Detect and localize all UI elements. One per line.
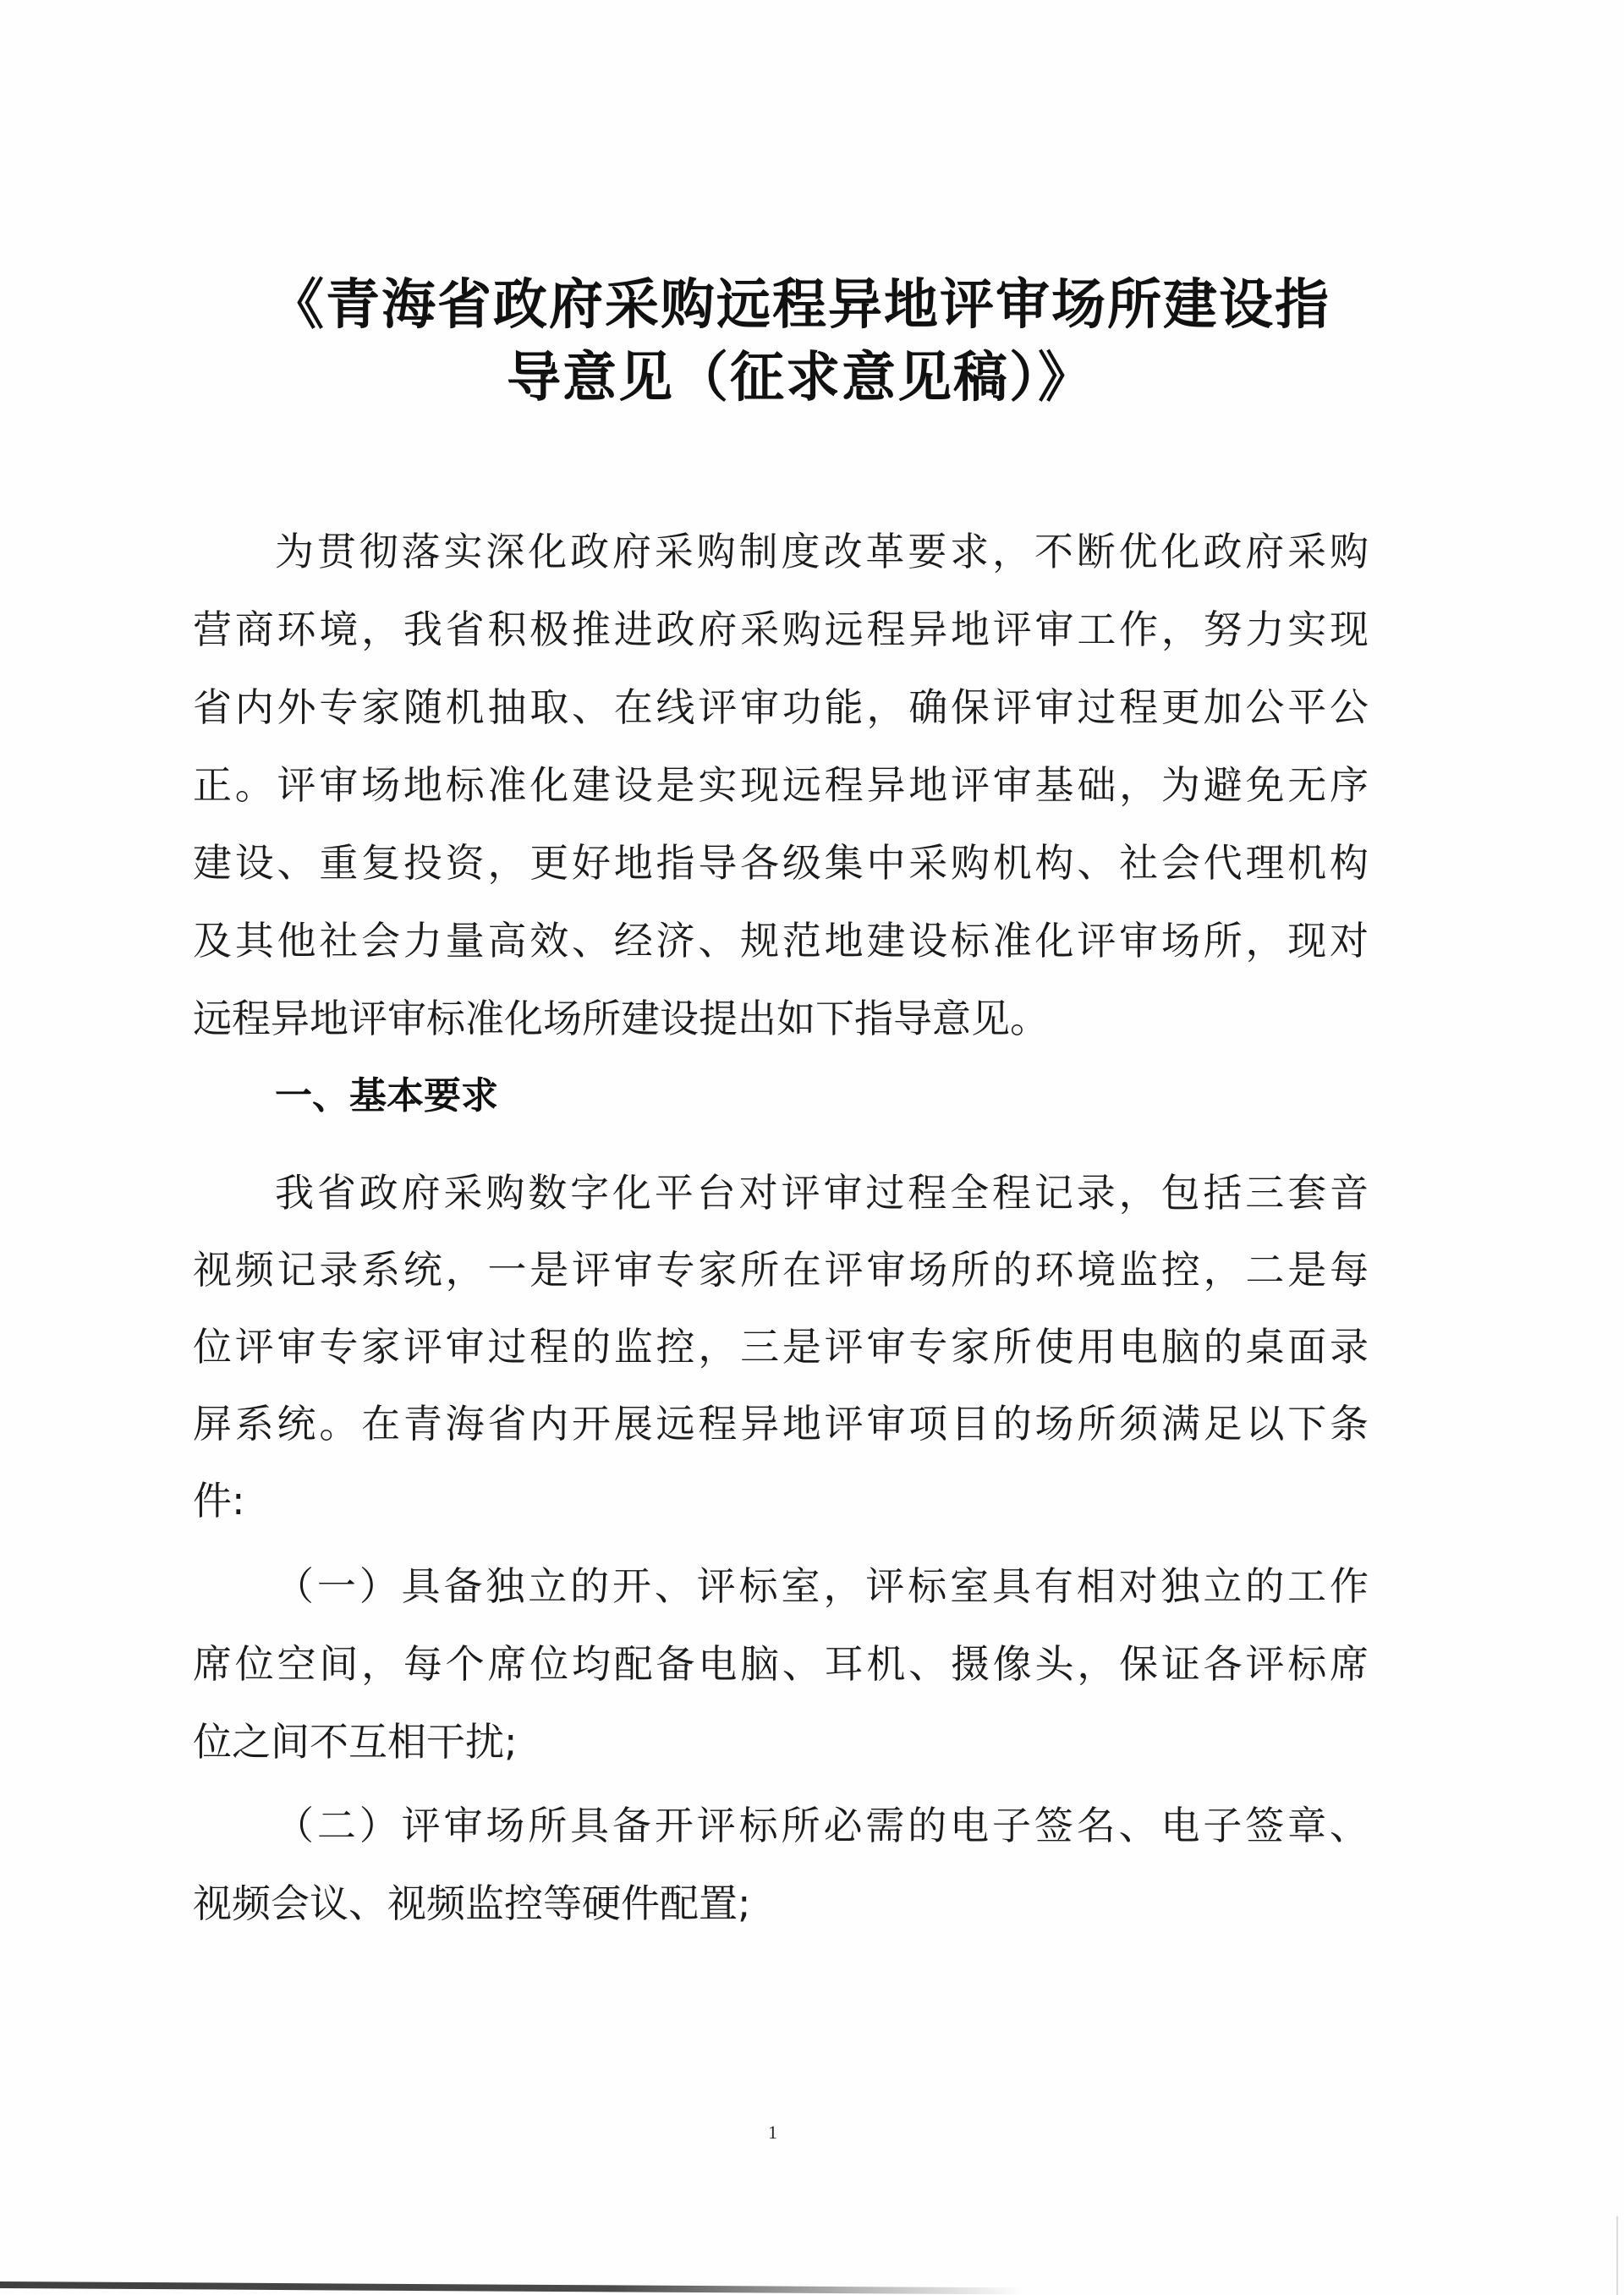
paragraph-line: 及其他社会力量高效、经济、规范地建设标准化评审场所，现对: [193, 915, 1369, 966]
scan-shadow-edge: [0, 2281, 1023, 2294]
paragraph-line: 件:: [193, 1475, 1369, 1526]
paragraph-line: （二）评审场所具备开评标所必需的电子签名、电子签章、: [275, 1800, 1369, 1851]
paragraph-line: 屏系统。在青海省内开展远程异地评审项目的场所须满足以下条: [193, 1398, 1369, 1449]
paragraph-line: 省内外专家随机抽取、在线评审功能，确保评审过程更加公平公: [193, 682, 1369, 733]
paragraph-line: 位之间不互相干扰;: [193, 1716, 1369, 1767]
paragraph-line: （一）具备独立的开、评标室，评标室具有相对独立的工作: [275, 1561, 1369, 1611]
paragraph-line: 我省政府采购数字化平台对评审过程全程记录，包括三套音: [275, 1167, 1369, 1218]
section-heading: 一、基本要求: [275, 1071, 498, 1122]
paragraph-line: 视频会议、视频监控等硬件配置;: [193, 1878, 1369, 1929]
scan-right-edge: [1616, 2216, 1618, 2295]
paragraph-line: 位评审专家评审过程的监控，三是评审专家所使用电脑的桌面录: [193, 1321, 1369, 1372]
paragraph-line: 席位空间，每个席位均配备电脑、耳机、摄像头，保证各评标席: [193, 1639, 1369, 1689]
paragraph-line: 建设、重复投资，更好地指导各级集中采购机构、社会代理机构: [193, 837, 1369, 888]
paragraph-line: 为贯彻落实深化政府采购制度改革要求，不断优化政府采购: [275, 526, 1369, 577]
document-page: 《青海省政府采购远程异地评审场所建设指 导意见（征求意见稿）》 为贯彻落实深化政…: [0, 0, 1624, 2295]
paragraph-line: 视频记录系统，一是评审专家所在评审场所的环境监控，二是每: [193, 1244, 1369, 1295]
paragraph-line: 远程异地评审标准化场所建设提出如下指导意见。: [193, 993, 1369, 1044]
paragraph-line: 营商环境，我省积极推进政府采购远程异地评审工作，努力实现: [193, 604, 1369, 655]
page-number: 1: [768, 2122, 777, 2144]
document-title-line-1: 《青海省政府采购远程异地评审场所建设指: [0, 269, 1612, 342]
paragraph-line: 正。评审场地标准化建设是实现远程异地评审基础，为避免无序: [193, 760, 1369, 810]
document-title-line-2: 导意见（征求意见稿）》: [0, 342, 1612, 415]
